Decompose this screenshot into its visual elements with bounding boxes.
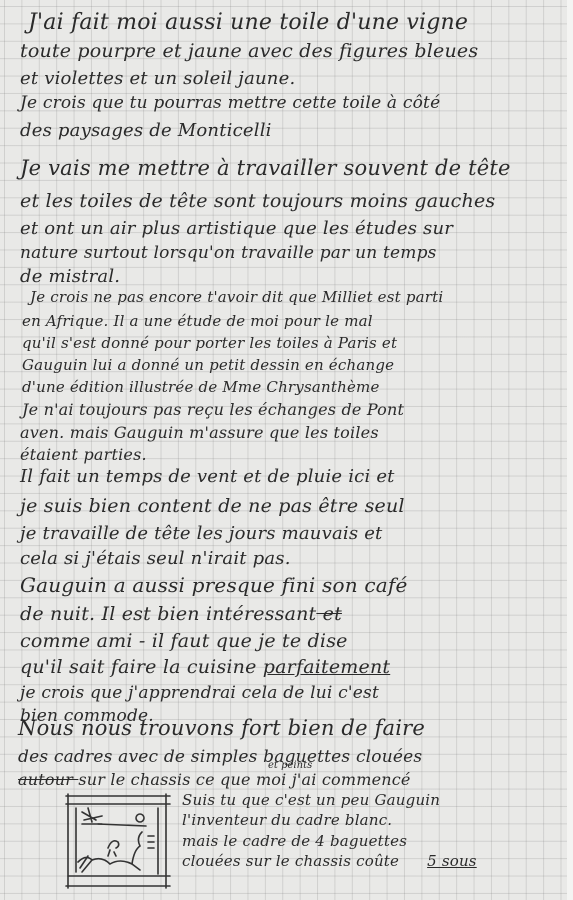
letter-line: Je crois que tu pourras mettre cette toi… xyxy=(20,93,440,113)
letter-line: et ont un air plus artistique que les ét… xyxy=(20,218,453,239)
line-text: de mistral. xyxy=(20,266,120,287)
letter-line: étaient parties. xyxy=(20,445,147,464)
struck-word: autour xyxy=(18,770,78,789)
line-text: Suis tu que c'est un peu Gauguin xyxy=(182,791,440,809)
line-text: en Afrique. Il a une étude de moi pour l… xyxy=(22,312,373,330)
letter-line: Gauguin a aussi presque fini son café xyxy=(20,573,408,597)
line-text: aven. mais Gauguin m'assure que les toil… xyxy=(20,423,379,442)
line-text: cela si j'étais seul n'irait pas. xyxy=(20,548,291,569)
letter-line: Nous nous trouvons fort bien de faire xyxy=(18,716,425,740)
line-text: mais le cadre de 4 baguettes xyxy=(182,832,407,850)
line-text: nature surtout lorsqu'on travaille par u… xyxy=(20,243,437,263)
letter-line: je crois que j'apprendrai cela de lui c'… xyxy=(20,683,379,703)
line-text: je crois que j'apprendrai cela de lui c'… xyxy=(20,683,379,703)
letter-line: Suis tu que c'est un peu Gauguin xyxy=(182,791,440,809)
line-text: J'ai fait moi aussi une toile d'une vign… xyxy=(28,10,468,35)
letter-line: l'inventeur du cadre blanc. xyxy=(182,811,392,829)
line-text: sur le chassis ce que moi j'ai commencé xyxy=(78,770,410,789)
line-text: qu'il sait faire la cuisine xyxy=(20,656,263,678)
letter-line: qu'il s'est donné pour porter les toiles… xyxy=(22,334,397,352)
line-text: Gauguin a aussi presque fini son café xyxy=(20,573,408,597)
letter-line: qu'il sait faire la cuisine parfaitement xyxy=(20,656,390,678)
line-text: qu'il s'est donné pour porter les toiles… xyxy=(22,334,397,352)
line-text: Je vais me mettre à travailler souvent d… xyxy=(20,156,511,180)
line-text: Il fait un temps de vent et de pluie ici… xyxy=(20,466,395,487)
line-text: je suis bien content de ne pas être seul xyxy=(20,495,405,517)
line-text: et ont un air plus artistique que les ét… xyxy=(20,218,453,239)
letter-line: des cadres avec de simples baguettes clo… xyxy=(18,747,422,767)
line-text: toute pourpre et jaune avec des figures … xyxy=(20,40,478,62)
letter-line: en Afrique. Il a une étude de moi pour l… xyxy=(22,312,373,330)
letter-line: et violettes et un soleil jaune. xyxy=(20,68,295,89)
letter-line: cela si j'étais seul n'irait pas. xyxy=(20,548,291,569)
letter-line: mais le cadre de 4 baguettes xyxy=(182,832,407,850)
price-note: 5 sous xyxy=(427,852,477,870)
line-text: clouées sur le chassis coûte xyxy=(182,852,399,870)
letter-line: nature surtout lorsqu'on travaille par u… xyxy=(20,243,437,263)
letter-line: Il fait un temps de vent et de pluie ici… xyxy=(20,466,395,487)
line-text: Gauguin lui a donné un petit dessin en é… xyxy=(22,356,394,374)
letter-line: de mistral. xyxy=(20,266,120,287)
line-text: Je crois ne pas encore t'avoir dit que M… xyxy=(30,288,443,306)
letter-line: Gauguin lui a donné un petit dessin en é… xyxy=(22,356,394,374)
line-text: d'une édition illustrée de Mme Chrysanth… xyxy=(22,378,380,396)
letter-line: J'ai fait moi aussi une toile d'une vign… xyxy=(28,10,468,35)
interlinear-insertion: et peints xyxy=(268,760,312,771)
line-text: et violettes et un soleil jaune. xyxy=(20,68,295,89)
letter-line: clouées sur le chassis coûte5 sous xyxy=(182,852,477,870)
letter-line: d'une édition illustrée de Mme Chrysanth… xyxy=(22,378,380,396)
letter-line: comme ami - il faut que je te dise xyxy=(20,630,348,652)
line-text: l'inventeur du cadre blanc. xyxy=(182,811,392,829)
line-text: des cadres avec de simples baguettes clo… xyxy=(18,747,422,767)
letter-line: des paysages de Monticelli xyxy=(20,120,272,141)
frame-sketch-drawing xyxy=(62,790,174,892)
letter-line: Je crois ne pas encore t'avoir dit que M… xyxy=(30,288,443,306)
struck-word: et xyxy=(316,603,342,625)
line-text: Nous nous trouvons fort bien de faire xyxy=(18,716,425,740)
letter-line: autour sur le chassis ce que moi j'ai co… xyxy=(18,770,411,789)
line-text: et les toiles de tête sont toujours moin… xyxy=(20,190,495,212)
letter-line: je travaille de tête les jours mauvais e… xyxy=(20,523,383,544)
letter-line: de nuit. Il est bien intéressant et xyxy=(20,603,342,625)
line-text: étaient parties. xyxy=(20,445,147,464)
letter-line: Je vais me mettre à travailler souvent d… xyxy=(20,156,511,180)
letter-page: J'ai fait moi aussi une toile d'une vign… xyxy=(0,0,573,900)
letter-line: je suis bien content de ne pas être seul xyxy=(20,495,405,517)
line-text: comme ami - il faut que je te dise xyxy=(20,630,348,652)
letter-line: et les toiles de tête sont toujours moin… xyxy=(20,190,495,212)
line-text: Je n'ai toujours pas reçu les échanges d… xyxy=(22,400,404,419)
underlined-word: parfaitement xyxy=(263,656,390,678)
letter-line: toute pourpre et jaune avec des figures … xyxy=(20,40,478,62)
line-text: de nuit. Il est bien intéressant xyxy=(20,603,316,625)
letter-line: aven. mais Gauguin m'assure que les toil… xyxy=(20,423,379,442)
line-text: des paysages de Monticelli xyxy=(20,120,272,141)
letter-line: Je n'ai toujours pas reçu les échanges d… xyxy=(22,400,404,419)
line-text: Je crois que tu pourras mettre cette toi… xyxy=(20,93,440,113)
line-text: je travaille de tête les jours mauvais e… xyxy=(20,523,383,544)
